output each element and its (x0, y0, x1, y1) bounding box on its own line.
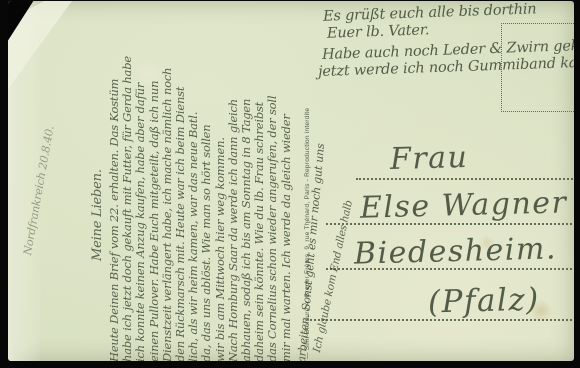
corner-fold-shadow (8, 1, 34, 42)
message-line: ich konnte keinen Anzug kaufen, habe abe… (134, 8, 147, 361)
message-line: wir bis am Mittwoch hier weg kommen. (214, 8, 227, 361)
message-block: Heute Deinen Brief vom 22. erhalten. Das… (108, 8, 293, 361)
salutation: Meine Lieben. (90, 169, 105, 261)
postcard-back: — Simi-Bromure A. Breger Frères, 9, rue … (8, 1, 574, 361)
address-line-town: Biedesheim. (354, 231, 558, 271)
message-line: da, das uns ablöst. Wie man so hört soll… (200, 8, 213, 361)
message-line: mir mal warten. Ich werde da gleich wied… (280, 8, 293, 361)
scanned-postcard-photo: — Simi-Bromure A. Breger Frères, 9, rue … (0, 0, 580, 368)
address-dotted-rule (356, 178, 574, 180)
address-line-frau: Frau (390, 140, 469, 177)
message-line: das Cornelius schon wieder angerufen, de… (266, 8, 279, 361)
closing-note-line: Es grüßt euch alle bis dorthin (323, 1, 537, 24)
closing-note-line: Euer lb. Vater. (327, 22, 430, 42)
message-line: einen Pullover. Habe Euch mitgeteilt, da… (148, 8, 161, 361)
address-line-name: Else Wagner (360, 185, 568, 225)
address-line-region: (Pfalz) (428, 282, 541, 321)
